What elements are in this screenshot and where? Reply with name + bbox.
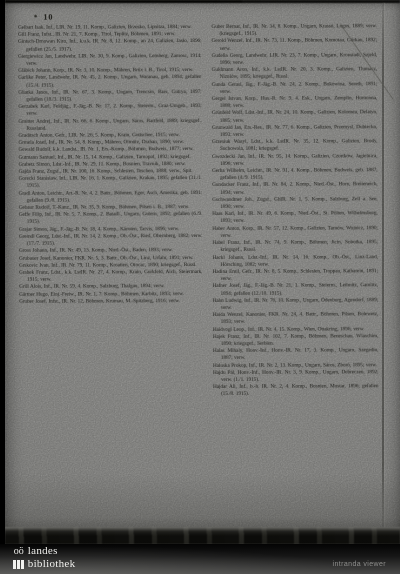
register-entry: Gergel Istvan, Korp., Hus.-R. Nr. 9, 4. … — [212, 95, 378, 110]
register-entry: Gorecki Stanislaw, Inf., LIR. Nr. 16, 1.… — [19, 175, 203, 190]
register-entry: Haas Karl, Inf., IR. Nr. 49, 6. Komp., N… — [212, 210, 378, 225]
register-entry: Hackl Johann, Ldst.-Inf., IR. Nr. 14, 16… — [212, 254, 378, 269]
viewer-stage: *10 Gelbart Isak, Inf., LIR. Nr. 19, 11.… — [0, 0, 400, 574]
register-entry: Haber Anton, Korp., IR. Nr. 57, 12. Komp… — [212, 225, 378, 240]
register-entry: Gintsch-Drnowan Kiro, Inf., k.u.k. IR. N… — [18, 38, 202, 53]
register-entry: Guber Bernat, Inf., IR. Nr. 34, 8. Komp.… — [211, 23, 377, 38]
register-entry: Gliatka Janos, Inf., IR. Nr. 67, 3. Komp… — [18, 89, 202, 104]
viewer-footer-bar: oö landes bibliothek intranda viewer — [0, 544, 400, 574]
register-entry: Grahek Franz, Ldst., k.k. LstIR. Nr. 27,… — [19, 269, 203, 284]
register-entry: Giergiewicz Jan, Landwehr, LIR. Nr. 30, … — [18, 53, 202, 68]
register-entry: Geffe Filip, Inf., IR. Nr. 5, 7. Komp., … — [19, 211, 203, 226]
register-entry: Gundacker Franz, Inf., IR. Nr. 84, 2. Ko… — [212, 182, 378, 197]
book-block-edge — [5, 527, 400, 544]
register-column-left: Gelbart Isak, Inf., LIR. Nr. 19, 11. Kom… — [18, 24, 204, 503]
register-entry: Hajdu Pál, Honv.-Inf., Honv.-IR. Nr. 3, … — [213, 369, 379, 384]
register-entry: Grünfeld Wolf, Ldst.-Inf., IR. Nr. 24, 1… — [212, 110, 378, 125]
register-entry: Guldmann Aron, Inf., k.k. LstIR. Nr. 20,… — [212, 66, 378, 81]
register-entry: Habel Franz, Inf., IR. Nr. 74, 9. Komp.,… — [212, 239, 378, 254]
logo-word-bibliothek: bibliothek — [28, 558, 76, 571]
register-entry: Gerba Wilhelm, Leichtr., IR. Nr. 91, 4. … — [212, 167, 378, 182]
intranda-viewer-link[interactable]: intranda viewer — [333, 561, 386, 568]
register-entry: Hajek Franz, Inf., IR. Nr. 102, 7. Komp.… — [213, 333, 379, 348]
register-entry: Hadina Emil, Gefr., IR. Nr. 8, 5. Komp.,… — [212, 268, 378, 283]
register-entry: Halas Mihaly, Honv.-Inf., Honv.-IR. Nr. … — [213, 347, 379, 362]
register-entry: Gwozdecki Jan, Inf., IR. Nr. 95, 14. Kom… — [212, 153, 378, 168]
logo-bars-icon — [13, 558, 24, 571]
page-number-value: 10 — [43, 13, 53, 22]
register-entry: Gruber Josef, Infst., IR. Nr. 12, Böhmen… — [19, 298, 202, 306]
register-entry: Garlike Peter, Landwehr, IR. Nr. 45, 2. … — [18, 74, 202, 89]
register-entry: Hafner Josef, Jäg., F.-Jäg.-B. Nr. 21, 1… — [213, 283, 379, 298]
logo-prefix: oö — [13, 545, 24, 558]
register-entry: Gmitter Andrej, Inf., IR. Nr. 66, 6. Kom… — [18, 118, 202, 133]
register-entry: Greindl Georg, Ldst.-Inf., IR. Nr. 14, 2… — [19, 233, 203, 248]
register-columns: Gelbart Isak, Inf., LIR. Nr. 19, 11. Kom… — [18, 23, 379, 503]
page-number-marker: * — [34, 14, 39, 22]
register-entry: Gschwandtner Joh., Zugsf., GbIR. Nr. 1, … — [212, 196, 378, 211]
register-column-right: Guber Bernat, Inf., IR. Nr. 34, 8. Komp.… — [211, 23, 379, 502]
register-entry: Haida Wenzel, Kanonier, FKR. Nr. 24, 4. … — [213, 311, 379, 326]
logo-word-landes: landes — [28, 545, 76, 558]
scanned-page-image[interactable]: *10 Gelbart Isak, Inf., LIR. Nr. 19, 11.… — [5, 0, 400, 544]
register-entry: Hahn Ludwig, Inf., IR. Nr. 76, 10. Komp.… — [213, 297, 379, 312]
register-entry: Gradl Anton, Leichtr., Art.-R. Nr. 4, 2.… — [19, 190, 203, 205]
register-entry: Hajdar Ali, Inf., b.-h. IR. Nr. 2, 4. Ko… — [213, 383, 379, 398]
page-number: *10 — [34, 13, 54, 22]
page-content: *10 Gelbart Isak, Inf., LIR. Nr. 19, 11.… — [18, 9, 379, 529]
register-entry: Gunda Gerasi, Jäg., F.-Jäg.-B. Nr. 24, 2… — [212, 81, 378, 96]
register-entry: Gudella Georg, Landwehr, LIR. Nr. 23, 7.… — [212, 52, 378, 67]
library-logo[interactable]: oö landes bibliothek — [13, 545, 75, 571]
register-entry: Grzesiuk Wasyl, Ldst., k.k. LstIR. Nr. 3… — [212, 138, 378, 153]
register-entry: Grunwald Jan, Ers.-Res., IR. Nr. 77, 6. … — [212, 124, 378, 139]
register-entry: Gerzabek Karl, Feldjäg., F.-Jäg.-B. Nr. … — [18, 103, 202, 118]
